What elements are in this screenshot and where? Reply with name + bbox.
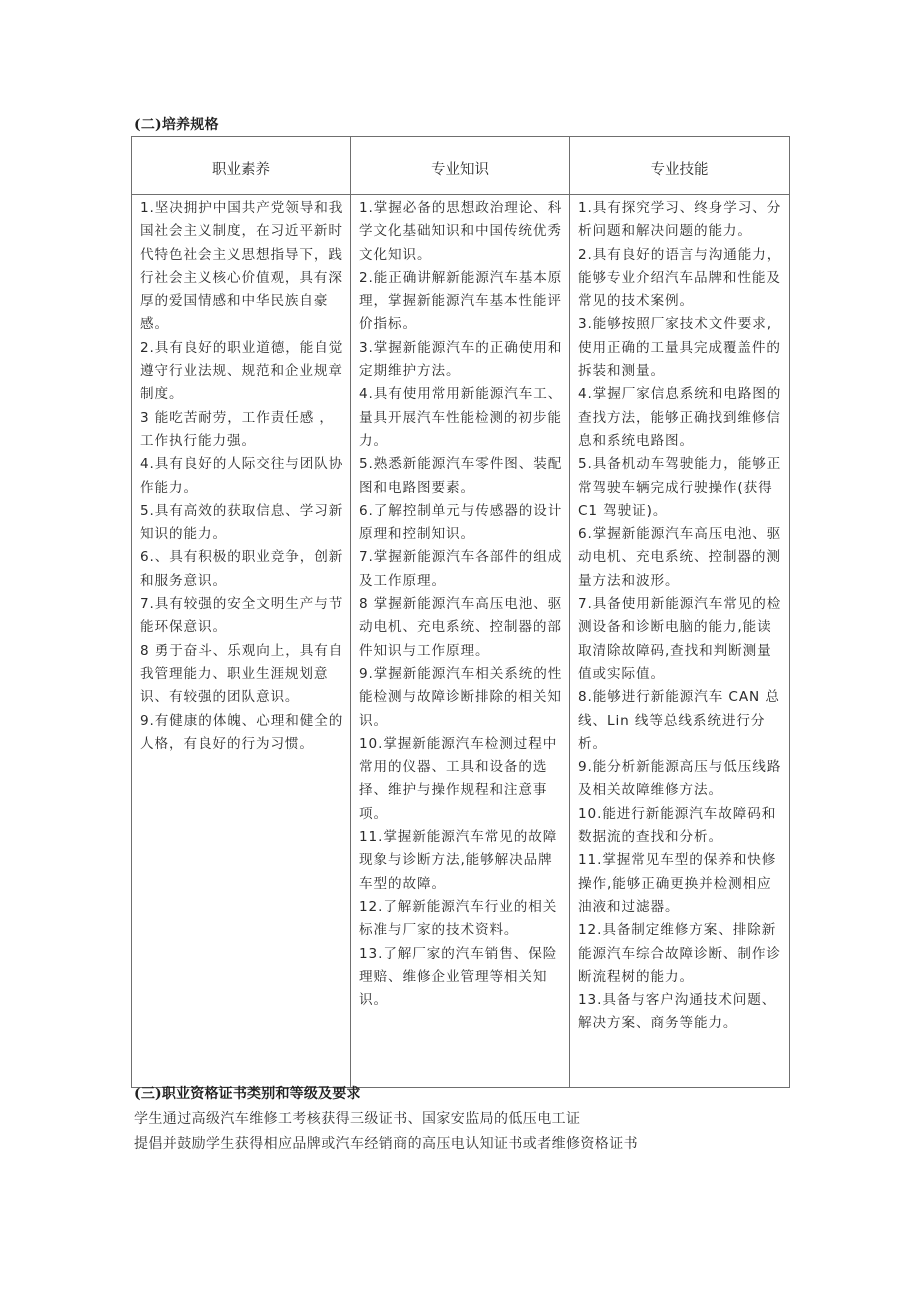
section-title-certificates: (三)职业资格证书类别和等级及要求 <box>134 1083 361 1103</box>
list-item: 2.能正确讲解新能源汽车基本原理，掌握新能源汽车基本性能评价指标。 <box>359 267 563 337</box>
certificate-paragraph: 学生通过高级汽车维修工考核获得三级证书、国家安监局的低压电工证 <box>134 1108 580 1128</box>
list-item: 1.具有探究学习、终身学习、分析问题和解决问题的能力。 <box>578 197 783 244</box>
list-item: 10.掌握新能源汽车检测过程中常用的仪器、工具和设备的选择、维护与操作规程和注意… <box>359 733 563 826</box>
header-professional-skills: 专业技能 <box>570 137 790 195</box>
list-item: 2.具有良好的职业道德，能自觉遵守行业法规、规范和企业规章制度。 <box>140 337 344 407</box>
list-item: 3 能吃苦耐劳，工作责任感 ，工作执行能力强。 <box>140 407 344 454</box>
list-item: 9.掌握新能源汽车相关系统的性能检测与故障诊断排除的相关知识。 <box>359 663 563 733</box>
list-item: 11.掌握新能源汽车常见的故障现象与诊断方法,能够解决品牌车型的故障。 <box>359 826 563 896</box>
header-professional-knowledge: 专业知识 <box>351 137 570 195</box>
list-item: 12.了解新能源汽车行业的相关标准与厂家的技术资料。 <box>359 896 563 943</box>
list-item: 10.能进行新能源汽车故障码和数据流的查找和分析。 <box>578 803 783 850</box>
list-item: 4.具有良好的人际交往与团队协作能力。 <box>140 453 344 500</box>
list-item: 9.能分析新能源高压与低压线路及相关故障维修方法。 <box>578 756 783 803</box>
list-item: 1.坚决拥护中国共产党领导和我国社会主义制度，在习近平新时代特色社会主义思想指导… <box>140 197 344 337</box>
column-professional-skills: 1.具有探究学习、终身学习、分析问题和解决问题的能力。 2.具有良好的语言与沟通… <box>570 195 790 1088</box>
list-item: 7.具备使用新能源汽车常见的检测设备和诊断电脑的能力,能读取清除故障码,查找和判… <box>578 593 783 686</box>
list-item: 9.有健康的体魄、心理和健全的人格，有良好的行为习惯。 <box>140 710 344 757</box>
list-item: 13.了解厂家的汽车销售、保险理赔、维修企业管理等相关知识。 <box>359 943 563 1013</box>
column-professional-knowledge: 1.掌握必备的思想政治理论、科学文化基础知识和中国传统优秀文化知识。 2.能正确… <box>351 195 570 1088</box>
header-professional-quality: 职业素养 <box>132 137 351 195</box>
list-item: 5.具有高效的获取信息、学习新知识的能力。 <box>140 500 344 547</box>
list-item: 7.具有较强的安全文明生产与节能环保意识。 <box>140 593 344 640</box>
list-item: 12.具备制定维修方案、排除新能源汽车综合故障诊断、制作诊断流程树的能力。 <box>578 919 783 989</box>
list-item: 5.熟悉新能源汽车零件图、装配图和电路图要素。 <box>359 453 563 500</box>
list-item: 3.能够按照厂家技术文件要求,使用正确的工量具完成覆盖件的拆装和测量。 <box>578 313 783 383</box>
list-item: 6.、具有积极的职业竞争，创新和服务意识。 <box>140 546 344 593</box>
column-professional-quality: 1.坚决拥护中国共产党领导和我国社会主义制度，在习近平新时代特色社会主义思想指导… <box>132 195 351 1088</box>
list-item: 13.具备与客户沟通技术问题、解决方案、商务等能力。 <box>578 989 783 1036</box>
list-item: 8 掌握新能源汽车高压电池、驱动电机、充电系统、控制器的部件知识与工作原理。 <box>359 593 563 663</box>
table-row: 1.坚决拥护中国共产党领导和我国社会主义制度，在习近平新时代特色社会主义思想指导… <box>132 195 790 1088</box>
training-specs-table: 职业素养 专业知识 专业技能 1.坚决拥护中国共产党领导和我国社会主义制度，在习… <box>131 136 790 1088</box>
certificate-paragraph: 提倡并鼓励学生获得相应品牌或汽车经销商的高压电认知证书或者维修资格证书 <box>134 1133 638 1153</box>
list-item: 1.掌握必备的思想政治理论、科学文化基础知识和中国传统优秀文化知识。 <box>359 197 563 267</box>
table-header-row: 职业素养 专业知识 专业技能 <box>132 137 790 195</box>
section-title-training-specs: (二)培养规格 <box>134 114 219 134</box>
list-item: 6.掌握新能源汽车高压电池、驱动电机、充电系统、控制器的测量方法和波形。 <box>578 523 783 593</box>
list-item: 4.具有使用常用新能源汽车工、量具开展汽车性能检测的初步能力。 <box>359 383 563 453</box>
list-item: 8 勇于奋斗、乐观向上，具有自我管理能力、职业生涯规划意识、有较强的团队意识。 <box>140 640 344 710</box>
list-item: 3.掌握新能源汽车的正确使用和定期维护方法。 <box>359 337 563 384</box>
list-item: 2.具有良好的语言与沟通能力，能够专业介绍汽车品牌和性能及常见的技术案例。 <box>578 244 783 314</box>
list-item: 4.掌握厂家信息系统和电路图的查找方法，能够正确找到维修信息和系统电路图。 <box>578 383 783 453</box>
list-item: 6.了解控制单元与传感器的设计原理和控制知识。 <box>359 500 563 547</box>
list-item: 5.具备机动车驾驶能力，能够正常驾驶车辆完成行驶操作(获得 C1 驾驶证)。 <box>578 453 783 523</box>
list-item: 11.掌握常见车型的保养和快修操作,能够正确更换并检测相应油液和过滤器。 <box>578 849 783 919</box>
list-item: 7.掌握新能源汽车各部件的组成及工作原理。 <box>359 546 563 593</box>
list-item: 8.能够进行新能源汽车 CAN 总线、Lin 线等总线系统进行分析。 <box>578 686 783 756</box>
document-page: (二)培养规格 职业素养 专业知识 专业技能 1.坚决拥护中国共产党领导和我国社… <box>0 0 918 1300</box>
